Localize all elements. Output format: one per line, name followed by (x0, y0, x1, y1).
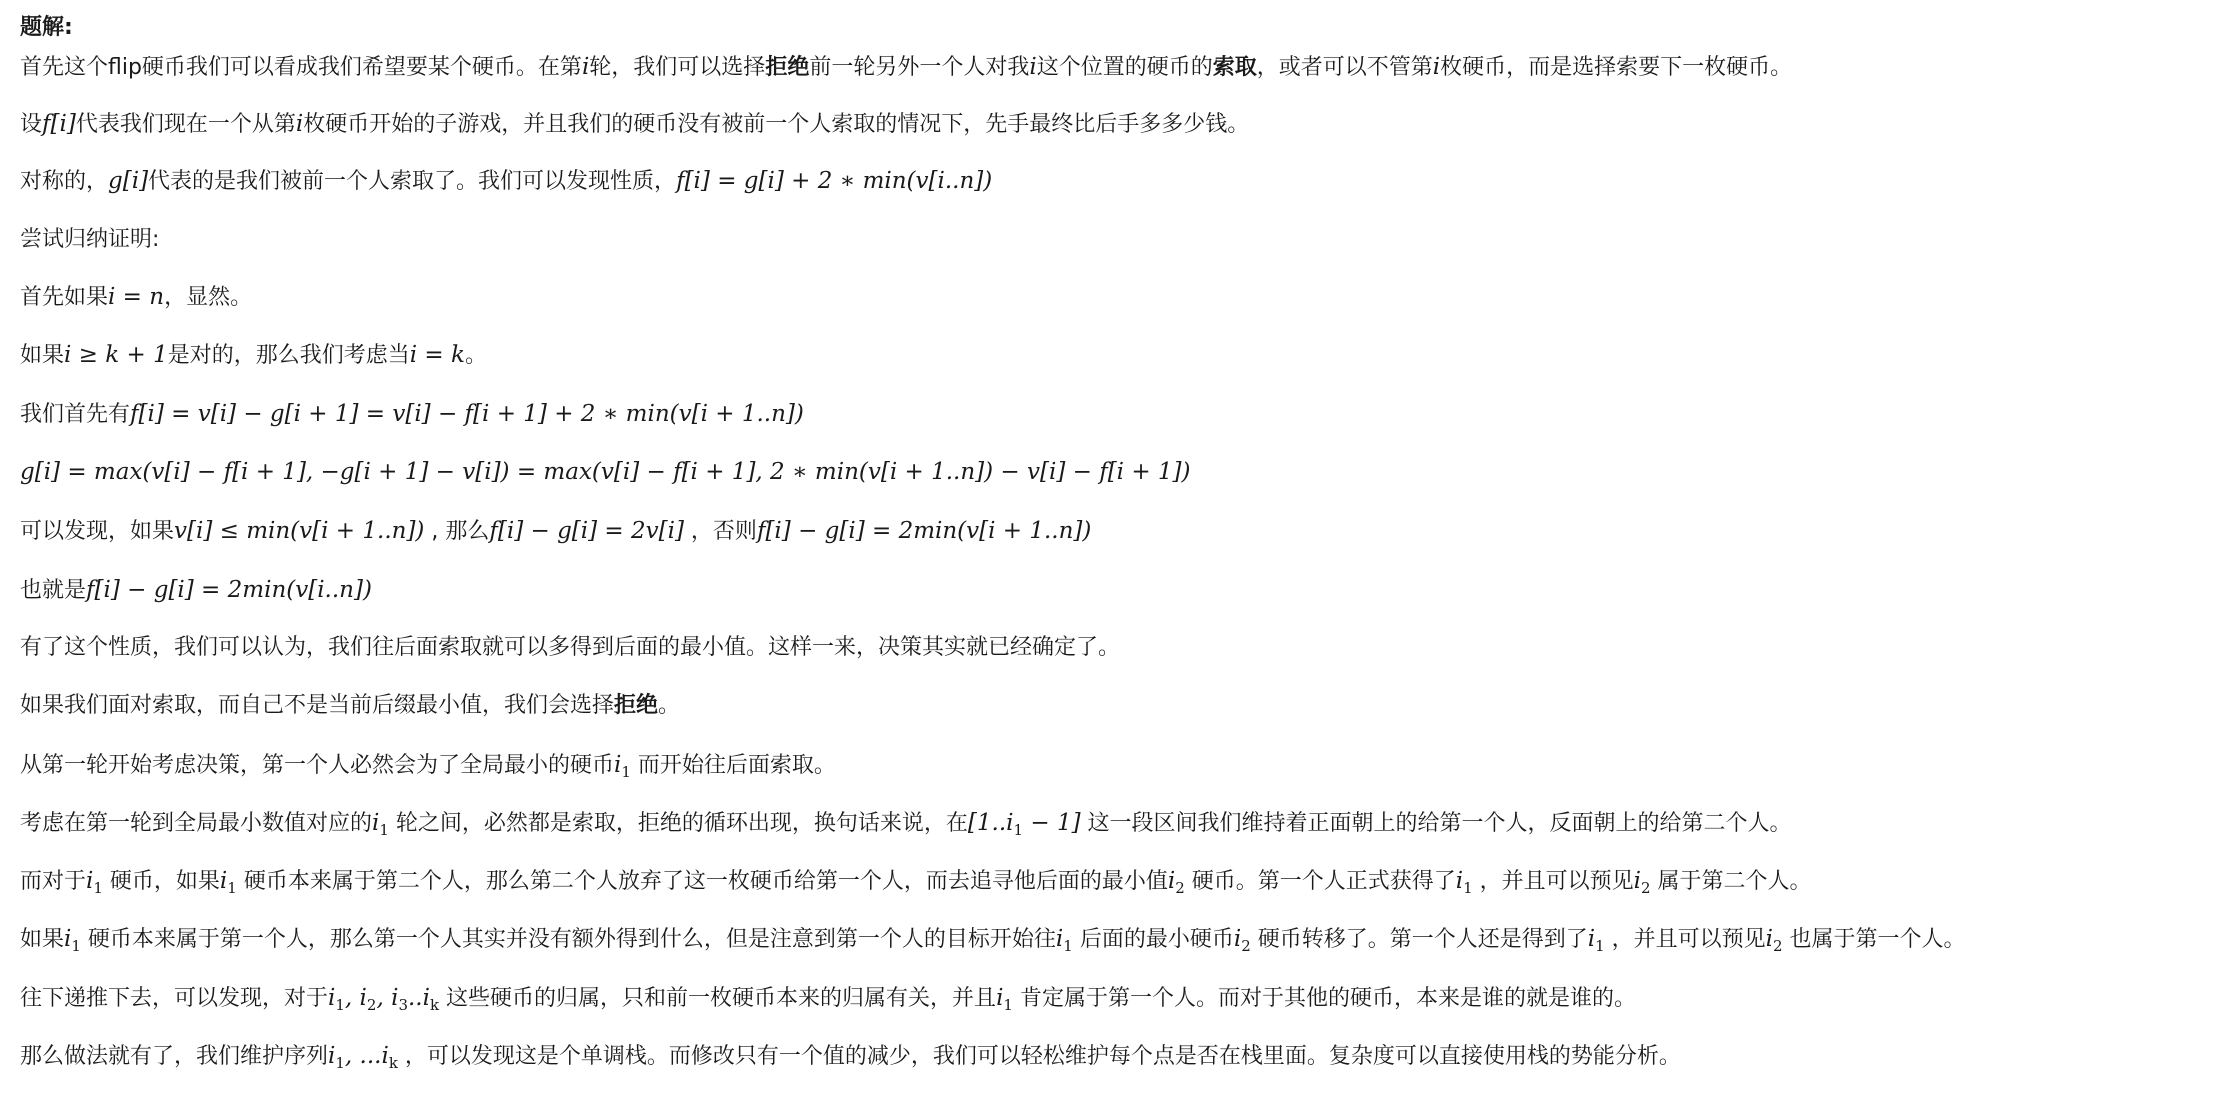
math-text: f[i] − g[i] = 2v[i] (489, 518, 684, 544)
math-subscript: 3 (398, 996, 408, 1014)
math-expression: , i2 (345, 985, 377, 1011)
math-subscript: 1 (71, 937, 81, 955)
math-text: f[i] − g[i] = 2min(v[i..n]) (86, 577, 372, 603)
paragraph-line: 对称的，g[i]代表的是我们被前一个人索取了。我们可以发现性质，f[i] = g… (20, 161, 992, 201)
math-expression: i1 (1588, 926, 1605, 952)
text-run: 枚硬币，而是选择索要下一枚硬币。 (1440, 55, 1792, 80)
math-expression: ..ik (408, 985, 439, 1011)
math-expression: i1 (328, 1043, 345, 1069)
text-run: 可以发现，如果 (20, 519, 174, 544)
math-expression: i = k (410, 342, 465, 368)
text-run: 而对于 (20, 869, 86, 894)
text-run: 硬币。第一个人正式获得了 (1185, 869, 1456, 894)
math-expression: f[i] = g[i] + 2 ∗ min(v[i..n]) (676, 168, 992, 194)
math-subscript: 1 (227, 879, 237, 897)
math-text: f[i] = g[i] + 2 ∗ min(v[i..n]) (676, 168, 992, 194)
text-run: 而开始往后面索取。 (631, 753, 836, 778)
paragraph-line: 如果i1 硬币本来属于第一个人，那么第一个人其实并没有额外得到什么，但是注意到第… (20, 919, 1966, 959)
paragraph-line: 首先这个flip硬币我们可以看成我们希望要某个硬币。在第i轮，我们可以选择拒绝前… (20, 47, 1792, 87)
text-run: 如果我们面对索取，而自己不是当前后缀最小值，我们会选择 (20, 693, 614, 718)
bold-term: 拒绝 (614, 693, 658, 718)
bold-term: 拒绝 (765, 55, 809, 80)
paragraph-line: 考虑在第一轮到全局最小数值对应的i1 轮之间，必然都是索取，拒绝的循环出现，换句… (20, 803, 1792, 843)
math-expression: i = n (108, 284, 164, 310)
math-expression: f[i] − g[i] = 2min(v[i..n]) (86, 577, 372, 603)
paragraph-line: 而对于i1 硬币，如果i1 硬币本来属于第二个人，那么第二个人放弃了这一枚硬币给… (20, 861, 1812, 901)
math-subscript: 1 (335, 1054, 345, 1072)
text-run: 肯定属于第一个人。而对于其他的硬币，本来是谁的就是谁的。 (1013, 986, 1636, 1011)
math-expression: f[i] − g[i] = 2v[i] (489, 518, 684, 544)
math-subscript: 1 (1595, 937, 1605, 955)
math-subscript: k (430, 996, 439, 1014)
math-subscript: 1 (1063, 937, 1073, 955)
text-run: , 那么 (424, 519, 489, 544)
math-expression: i1 (1056, 926, 1073, 952)
math-subscript: 1 (1463, 879, 1473, 897)
math-subscript: 1 (1003, 996, 1013, 1014)
text-run: ，可以发现这是个单调栈。而修改只有一个值的减少，我们可以轻松维护每个点是否在栈里… (398, 1044, 1681, 1069)
math-text: i (1456, 868, 1463, 894)
paragraph-line: 如果i ≥ k + 1是对的，那么我们考虑当i = k。 (20, 335, 487, 375)
math-expression: i ≥ k + 1 (64, 342, 168, 368)
math-expression: f[i] (42, 111, 76, 137)
math-expression: i1 (328, 985, 345, 1011)
text-run: 硬币，如果 (103, 869, 220, 894)
math-expression: i1 (64, 926, 81, 952)
math-expression: i2 (1766, 926, 1783, 952)
math-text: i ≥ k + 1 (64, 342, 168, 368)
section-title: 题解: (20, 8, 73, 48)
math-subscript: 2 (1241, 937, 1251, 955)
text-run: 前一轮另外一个人对我 (809, 55, 1029, 80)
math-expression: i (1433, 54, 1440, 80)
text-run: 轮，我们可以选择 (589, 55, 765, 80)
math-expression: i1 (86, 868, 103, 894)
text-run: 设 (20, 112, 42, 137)
math-subscript: 1 (379, 821, 389, 839)
text-run: ，否则 (684, 519, 757, 544)
math-expression: i2 (1168, 868, 1185, 894)
math-subscript: 1 (93, 879, 103, 897)
text-run: 如果 (20, 927, 64, 952)
paragraph-line: 有了这个性质，我们可以认为，我们往后面索取就可以多得到后面的最小值。这样一来，决… (20, 628, 1120, 668)
math-text: − 1] (1023, 810, 1081, 836)
text-run: ，并且可以预见 (1473, 869, 1634, 894)
math-text: g[i] (108, 168, 148, 194)
math-expression: i2 (1634, 868, 1651, 894)
text-run: ，或者可以不管第 (1257, 55, 1433, 80)
text-run: 轮之间，必然都是索取，拒绝的循环出现，换句话来说，在 (389, 811, 968, 836)
math-subscript: 2 (1773, 937, 1783, 955)
math-expression: i (1029, 54, 1036, 80)
paragraph-line: 设f[i]代表我们现在一个从第i枚硬币开始的子游戏，并且我们的硬币没有被前一个人… (20, 104, 1249, 144)
paragraph-line: g[i] = max(v[i] − f[i + 1], −g[i + 1] − … (20, 452, 1191, 492)
text-run: 硬币转移了。第一个人还是得到了 (1251, 927, 1588, 952)
math-subscript: k (389, 1054, 398, 1072)
text-run: 枚硬币开始的子游戏，并且我们的硬币没有被前一个人索取的情况下，先手最终比后手多多… (303, 112, 1249, 137)
math-text: f[i] (42, 111, 76, 137)
text-run: 如果 (20, 343, 64, 368)
bold-term: 索取 (1213, 55, 1257, 80)
text-run: 我们首先有 (20, 402, 130, 427)
math-expression: i1 (996, 985, 1013, 1011)
paragraph-line: 如果我们面对索取，而自己不是当前后缀最小值，我们会选择拒绝。 (20, 686, 680, 726)
text-run: 首先这个flip硬币我们可以看成我们希望要某个硬币。在第 (20, 55, 582, 80)
paragraph-line: 从第一轮开始考虑决策，第一个人必然会为了全局最小的硬币i1 而开始往后面索取。 (20, 745, 836, 785)
math-subscript: 2 (1175, 879, 1185, 897)
text-run: 。 (465, 343, 487, 368)
text-run: 是对的，那么我们考虑当 (168, 343, 410, 368)
math-subscript: 1 (1014, 821, 1024, 839)
text-run: 也属于第一个人。 (1783, 927, 1966, 952)
text-run: 对称的， (20, 169, 108, 194)
math-text: g[i] = max(v[i] − f[i + 1], −g[i + 1] − … (20, 459, 1191, 485)
math-text: , i (376, 985, 398, 1011)
text-run: 这些硬币的归属，只和前一枚硬币本来的归属有关，并且 (439, 986, 996, 1011)
math-expression: i1 (1456, 868, 1473, 894)
math-expression: , ...ik (345, 1043, 398, 1069)
math-subscript: 1 (621, 763, 631, 781)
text-run: 代表的是我们被前一个人索取了。我们可以发现性质， (148, 169, 676, 194)
math-text: i (1634, 868, 1641, 894)
math-text: [1..i (968, 810, 1014, 836)
math-text: , i (345, 985, 367, 1011)
math-expression: [1..i1 − 1] (968, 810, 1081, 836)
math-expression: g[i] = max(v[i] − f[i + 1], −g[i + 1] − … (20, 459, 1191, 485)
paragraph-line: 可以发现，如果v[i] ≤ min(v[i + 1..n]) , 那么f[i] … (20, 511, 1091, 551)
paragraph-line: 也就是f[i] − g[i] = 2min(v[i..n]) (20, 570, 372, 610)
math-expression: f[i] − g[i] = 2min(v[i + 1..n]) (757, 518, 1091, 544)
text-run: ，并且可以预见 (1605, 927, 1766, 952)
text-run: 。 (658, 693, 680, 718)
math-expression: f[i] = v[i] − g[i + 1] = v[i] − f[i + 1]… (130, 401, 804, 427)
text-run: 属于第二个人。 (1651, 869, 1812, 894)
paragraph-line: 尝试归纳证明: (20, 220, 159, 260)
math-text: i (1588, 926, 1595, 952)
math-subscript: 2 (1641, 879, 1651, 897)
math-text: i (1766, 926, 1773, 952)
math-expression: i1 (372, 810, 389, 836)
text-run: 后面的最小硬币 (1073, 927, 1234, 952)
text-run: 往下递推下去，可以发现，对于 (20, 986, 328, 1011)
math-expression: g[i] (108, 168, 148, 194)
math-text: , ...i (345, 1043, 389, 1069)
math-expression: i2 (1234, 926, 1251, 952)
paragraph-line: 我们首先有f[i] = v[i] − g[i + 1] = v[i] − f[i… (20, 394, 804, 434)
text-run: 这一段区间我们维持着正面朝上的给第一个人，反面朝上的给第二个人。 (1081, 811, 1792, 836)
math-text: i = k (410, 342, 465, 368)
math-text: i = n (108, 284, 164, 310)
paragraph-line: 那么做法就有了，我们维护序列i1, ...ik ，可以发现这是个单调栈。而修改只… (20, 1036, 1681, 1076)
math-text: f[i] − g[i] = 2min(v[i + 1..n]) (757, 518, 1091, 544)
math-text: f[i] = v[i] − g[i + 1] = v[i] − f[i + 1]… (130, 401, 804, 427)
text-run: 那么做法就有了，我们维护序列 (20, 1044, 328, 1069)
text-run: ，显然。 (164, 285, 252, 310)
text-run: 代表我们现在一个从第 (76, 112, 296, 137)
text-run: 这个位置的硬币的 (1037, 55, 1213, 80)
text-run: 考虑在第一轮到全局最小数值对应的 (20, 811, 372, 836)
math-text: ..i (408, 985, 430, 1011)
math-expression: i1 (614, 752, 631, 778)
math-expression: , i3 (376, 985, 408, 1011)
math-text: v[i] ≤ min(v[i + 1..n]) (174, 518, 424, 544)
math-expression: v[i] ≤ min(v[i + 1..n]) (174, 518, 424, 544)
text-run: 也就是 (20, 578, 86, 603)
math-subscript: 1 (335, 996, 345, 1014)
text-run: 首先如果 (20, 285, 108, 310)
text-run: 尝试归纳证明: (20, 227, 159, 252)
paragraph-line: 往下递推下去，可以发现，对于i1, i2, i3..ik 这些硬币的归属，只和前… (20, 978, 1636, 1018)
math-text: i (1029, 54, 1036, 80)
paragraph-line: 首先如果i = n，显然。 (20, 277, 252, 317)
math-expression: i1 (220, 868, 237, 894)
text-run: 硬币本来属于第一个人，那么第一个人其实并没有额外得到什么，但是注意到第一个人的目… (81, 927, 1056, 952)
text-run: 硬币本来属于第二个人，那么第二个人放弃了这一枚硬币给第一个人，而去追寻他后面的最… (237, 869, 1168, 894)
text-run: 有了这个性质，我们可以认为，我们往后面索取就可以多得到后面的最小值。这样一来，决… (20, 635, 1120, 660)
math-text: i (1433, 54, 1440, 80)
text-run: 从第一轮开始考虑决策，第一个人必然会为了全局最小的硬币 (20, 753, 614, 778)
